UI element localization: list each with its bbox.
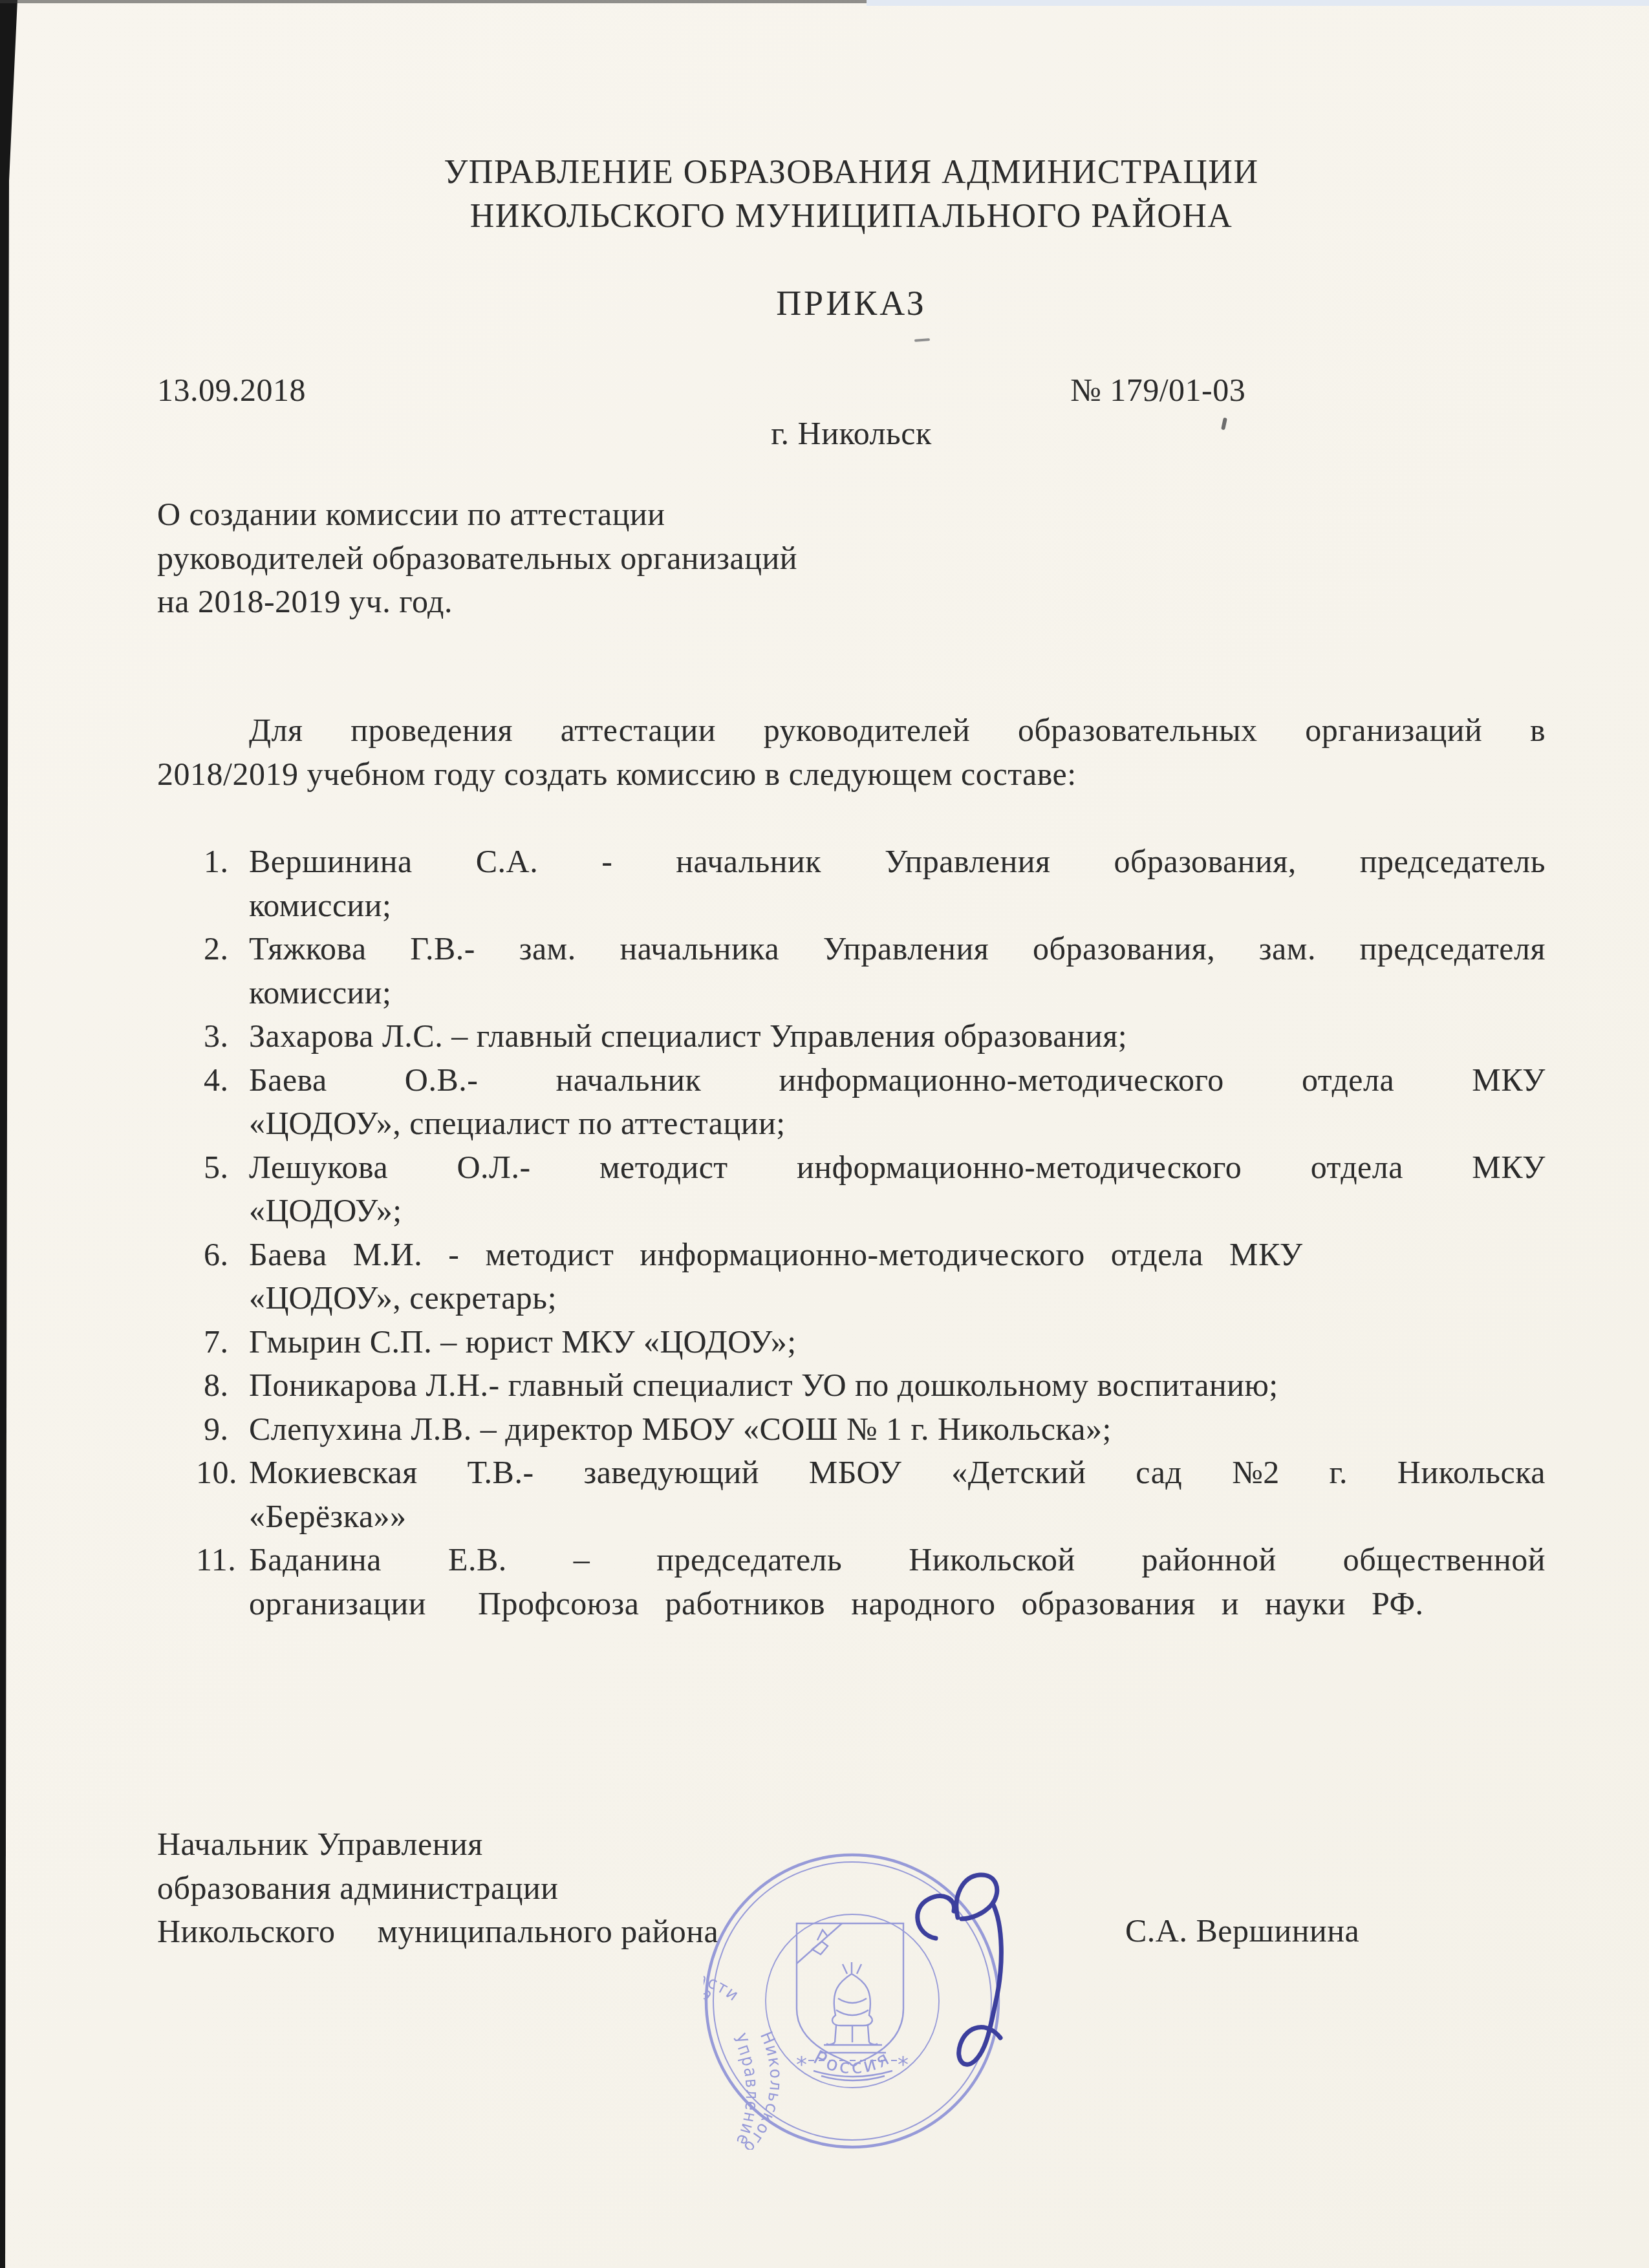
item-text-line: организации Профсоюза работников народно…: [249, 1582, 1546, 1626]
item-number: 4.: [204, 1058, 229, 1102]
item-number: 1.: [204, 840, 229, 884]
item-text-line: Гмырин С.П. – юрист МКУ «ЦОДОУ»;: [249, 1320, 1546, 1364]
doc-date: 13.09.2018: [157, 369, 1546, 412]
list-item: 10. МокиевскаяТ.В.-заведующийМБОУ«Детски…: [157, 1451, 1546, 1538]
doc-place-row: г. Никольск: [157, 412, 1546, 456]
intro-line1: Дляпроведенияаттестациируководителейобра…: [157, 709, 1546, 753]
scan-edge-top-tint: [867, 0, 1649, 6]
scan-speck-dash: [914, 338, 930, 342]
item-number: 9.: [204, 1407, 229, 1451]
scan-edge-top: [0, 0, 879, 3]
item-text-line: Баева М.И. - методист информационно-мето…: [249, 1233, 1546, 1277]
item-text-line: ТяжковаГ.В.-зам.начальникаУправленияобра…: [249, 927, 1546, 971]
item-number: 6.: [204, 1233, 229, 1277]
item-text-line: Захарова Л.С. – главный специалист Управ…: [249, 1014, 1546, 1058]
commission-list: 1. ВершининаС.А.-начальникУправленияобра…: [157, 840, 1546, 1625]
list-item: 11. БаданинаЕ.В.–председательНикольскойр…: [157, 1538, 1546, 1625]
list-item: 6. Баева М.И. - методист информационно-м…: [157, 1233, 1546, 1320]
intro-paragraph: Дляпроведенияаттестациируководителейобра…: [157, 709, 1546, 796]
item-text-line: комиссии;: [249, 971, 1546, 1015]
signatory-name: С.А. Вершинина: [1125, 1909, 1359, 1953]
date-number-row: 13.09.2018 № 179/01-03: [157, 369, 1546, 412]
list-item: 3. Захарова Л.С. – главный специалист Уп…: [157, 1014, 1546, 1058]
list-item: 8. Поникарова Л.Н.- главный специалист У…: [157, 1364, 1546, 1407]
item-number: 7.: [204, 1320, 229, 1364]
org-name-line2: НИКОЛЬСКОГО МУНИЦИПАЛЬНОГО РАЙОНА: [157, 195, 1546, 239]
item-text-line: «Берёзка»»: [249, 1495, 1546, 1539]
list-item: 9. Слепухина Л.В. – директор МБОУ «СОШ №…: [157, 1407, 1546, 1451]
subject-line: О создании комиссии по аттестации: [157, 493, 1546, 537]
item-number: 8.: [204, 1364, 229, 1407]
item-text-line: Слепухина Л.В. – директор МБОУ «СОШ № 1 …: [249, 1407, 1546, 1451]
item-text-line: БаеваО.В.-начальникинформационно-методич…: [249, 1058, 1546, 1102]
org-name-line1: УПРАВЛЕНИЕ ОБРАЗОВАНИЯ АДМИНИСТРАЦИИ: [157, 151, 1546, 195]
item-text-line: «ЦОДОУ»;: [249, 1189, 1546, 1233]
item-number: 11.: [196, 1538, 236, 1582]
list-item: 5. ЛешуковаО.Л.-методистинформационно-ме…: [157, 1146, 1546, 1233]
item-text-line: «ЦОДОУ», специалист по аттестации;: [249, 1102, 1546, 1146]
scanned-order-document: { "colors":{"paper":"#f7f4ec","ink":"#2b…: [0, 0, 1649, 2268]
list-item: 1. ВершининаС.А.-начальникУправленияобра…: [157, 840, 1546, 927]
subject-line: на 2018-2019 уч. год.: [157, 580, 1546, 624]
item-text-line: БаданинаЕ.В.–председательНикольскойрайон…: [249, 1538, 1546, 1582]
subject-line: руководителей образовательных организаци…: [157, 537, 1546, 581]
scan-edge-left: [0, 0, 19, 2268]
item-number: 5.: [204, 1146, 229, 1190]
list-item: 4. БаеваО.В.-начальникинформационно-мето…: [157, 1058, 1546, 1146]
subject-block: О создании комиссии по аттестации руково…: [157, 493, 1546, 624]
item-text-line: ЛешуковаО.Л.-методистинформационно-метод…: [249, 1146, 1546, 1190]
intro-line2: 2018/2019 учебном году создать комиссию …: [157, 753, 1546, 797]
item-number: 3.: [204, 1014, 229, 1058]
item-text-line: комиссии;: [249, 884, 1546, 928]
item-text-line: МокиевскаяТ.В.-заведующийМБОУ«Детскийсад…: [249, 1451, 1546, 1495]
stamp-star-left: *: [796, 2052, 808, 2078]
item-text-line: Поникарова Л.Н.- главный специалист УО п…: [249, 1364, 1546, 1407]
item-text-line: «ЦОДОУ», секретарь;: [249, 1276, 1546, 1320]
item-text-line: ВершининаС.А.-начальникУправленияобразов…: [249, 840, 1546, 884]
list-item: 2. ТяжковаГ.В.-зам.начальникаУправленияо…: [157, 927, 1546, 1014]
item-number: 10.: [196, 1451, 237, 1495]
item-number: 2.: [204, 927, 229, 971]
doc-number: № 179/01-03: [1070, 369, 1245, 412]
doc-type-title: ПРИКАЗ: [157, 282, 1546, 326]
doc-place: г. Никольск: [157, 412, 1546, 456]
org-header: УПРАВЛЕНИЕ ОБРАЗОВАНИЯ АДМИНИСТРАЦИИ НИК…: [157, 151, 1546, 238]
handwritten-signature: [896, 1862, 1051, 2108]
list-item: 7. Гмырин С.П. – юрист МКУ «ЦОДОУ»;: [157, 1320, 1546, 1364]
